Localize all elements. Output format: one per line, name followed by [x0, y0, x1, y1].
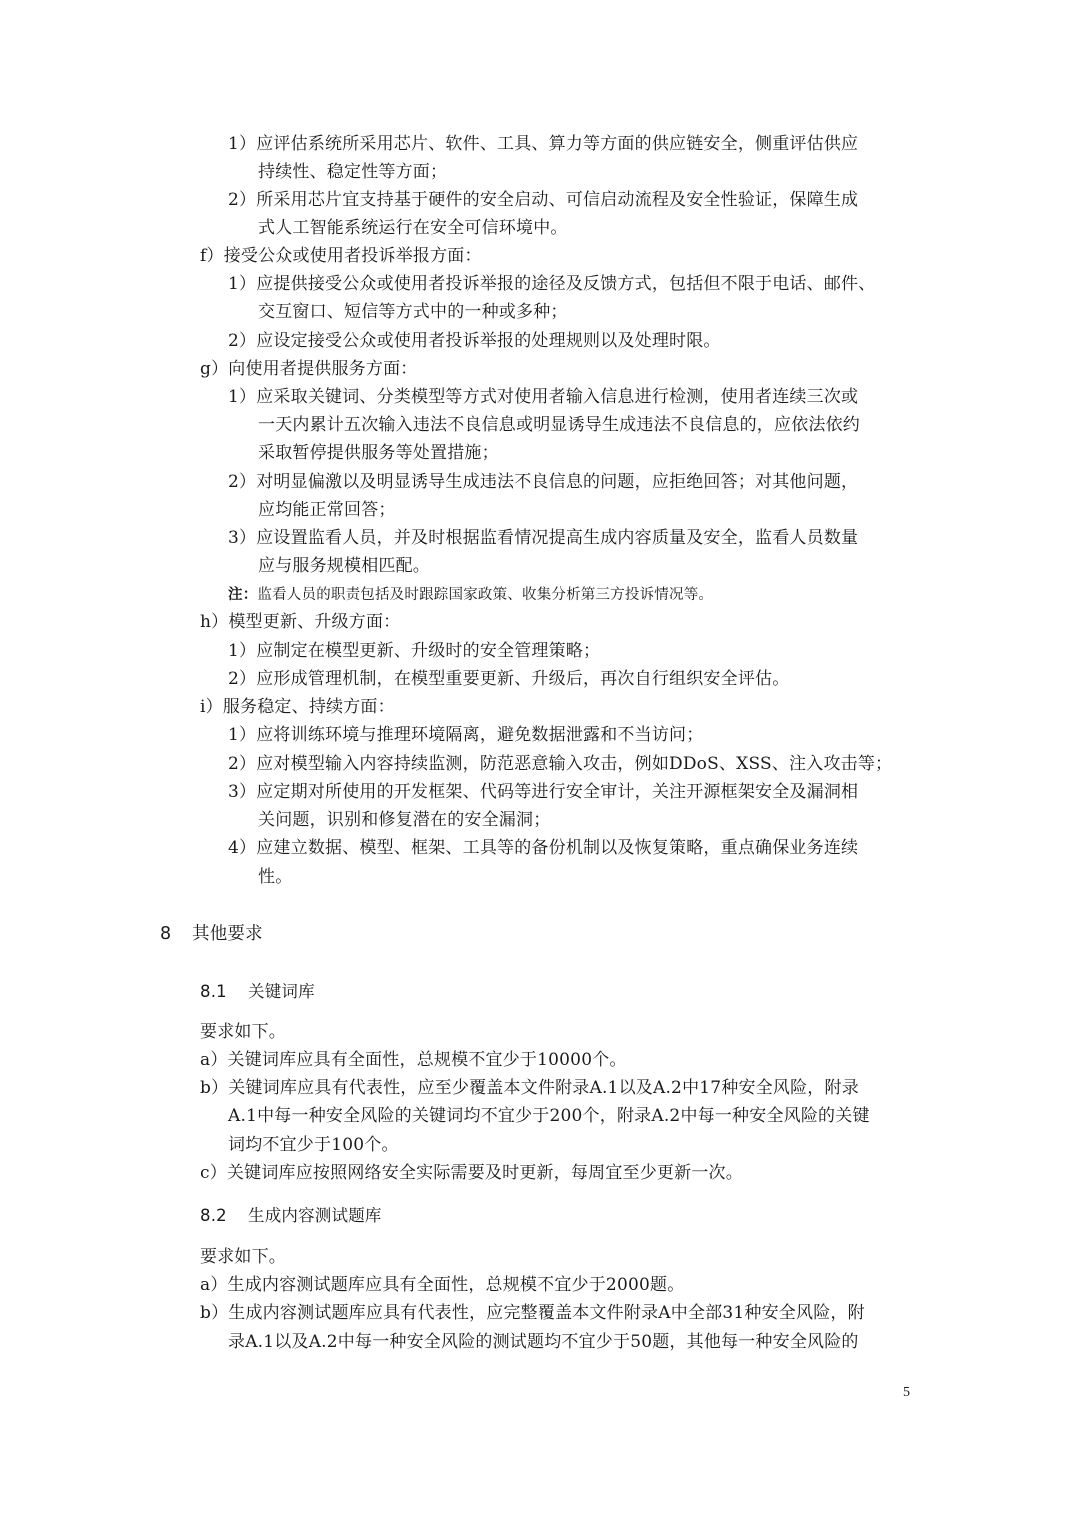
section-title: 关键词库: [248, 982, 315, 1001]
list-item-i: i）服务稳定、持续方面：: [200, 693, 395, 721]
list-item-f1: 1）应提供接受公众或使用者投诉举报的途径及反馈方式，包括但不限于电话、邮件、: [228, 270, 875, 298]
document-page: 1）应评估系统所采用芯片、软件、工具、算力等方面的供应链安全，侧重评估供应 持续…: [0, 0, 1074, 1520]
list-item-g2: 2）对明显偏激以及明显诱导生成违法不良信息的问题，应拒绝回答；对其他问题，: [228, 468, 858, 496]
note-label: 注：: [228, 586, 257, 603]
page-number: 5: [903, 1385, 910, 1401]
list-item-f2: 2）应设定接受公众或使用者投诉举报的处理规则以及处理时限。: [228, 327, 721, 355]
list-item-g1: 1）应采取关键词、分类模型等方式对使用者输入信息进行检测，使用者连续三次或: [228, 383, 858, 411]
list-item-8-1-b: b）关键词库应具有代表性，应至少覆盖本文件附录A.1以及A.2中17种安全风险，…: [200, 1074, 859, 1102]
section-title: 其他要求: [192, 924, 263, 944]
section-heading-8: 8其他要求: [160, 920, 263, 948]
paragraph-intro: 要求如下。: [200, 1018, 286, 1046]
section-heading-8-1: 8.1关键词库: [200, 978, 315, 1006]
section-number: 8: [160, 920, 192, 948]
list-item-8-2-a: a）生成内容测试题库应具有全面性，总规模不宜少于2000题。: [200, 1271, 684, 1299]
section-title: 生成内容测试题库: [248, 1206, 382, 1225]
section-number: 8.2: [200, 1202, 248, 1230]
list-item-e1-cont: 持续性、稳定性等方面；: [258, 158, 447, 186]
list-item-g1-cont: 一天内累计五次输入违法不良信息或明显诱导生成违法不良信息的，应依法依约: [258, 411, 860, 439]
note: 注：监看人员的职责包括及时跟踪国家政策、收集分析第三方投诉情况等。: [228, 581, 713, 609]
list-item-8-1-b-cont: A.1中每一种安全风险的关键词均不宜少于200个，附录A.2中每一种安全风险的关…: [228, 1102, 870, 1130]
list-item-8-1-b-cont2: 词均不宜少于100个。: [228, 1131, 399, 1159]
list-item-h1: 1）应制定在模型更新、升级时的安全管理策略；: [228, 637, 600, 665]
list-item-8-1-a: a）关键词库应具有全面性，总规模不宜少于10000个。: [200, 1046, 627, 1074]
list-item-h: h）模型更新、升级方面：: [200, 608, 400, 636]
list-item-f1-cont: 交互窗口、短信等方式中的一种或多种；: [258, 298, 568, 326]
list-item-i3-cont: 关问题，识别和修复潜在的安全漏洞；: [258, 806, 550, 834]
list-item-e1: 1）应评估系统所采用芯片、软件、工具、算力等方面的供应链安全，侧重评估供应: [228, 130, 858, 158]
list-item-e2-cont: 式人工智能系统运行在安全可信环境中。: [258, 214, 568, 242]
list-item-i3: 3）应定期对所使用的开发框架、代码等进行安全审计，关注开源框架安全及漏洞相: [228, 778, 858, 806]
list-item-g: g）向使用者提供服务方面：: [200, 355, 417, 383]
section-heading-8-2: 8.2生成内容测试题库: [200, 1202, 382, 1230]
list-item-e2: 2）所采用芯片宜支持基于硬件的安全启动、可信启动流程及安全性验证，保障生成: [228, 186, 858, 214]
list-item-8-1-c: c）关键词库应按照网络安全实际需要及时更新，每周宜至少更新一次。: [200, 1159, 743, 1187]
list-item-i4-cont: 性。: [258, 863, 292, 891]
list-item-g3: 3）应设置监看人员，并及时根据监看情况提高生成内容质量及安全，监看人员数量: [228, 524, 858, 552]
list-item-8-2-b-cont: 录A.1以及A.2中每一种安全风险的测试题均不宜少于50题，其他每一种安全风险的: [228, 1328, 859, 1356]
list-item-i4: 4）应建立数据、模型、框架、工具等的备份机制以及恢复策略，重点确保业务连续: [228, 834, 858, 862]
list-item-8-2-b: b）生成内容测试题库应具有代表性，应完整覆盖本文件附录A中全部31种安全风险，附: [200, 1299, 865, 1327]
section-number: 8.1: [200, 978, 248, 1006]
paragraph-intro: 要求如下。: [200, 1243, 286, 1271]
list-item-g1-cont2: 采取暂停提供服务等处置措施；: [258, 439, 499, 467]
list-item-h2: 2）应形成管理机制，在模型重要更新、升级后，再次自行组织安全评估。: [228, 665, 789, 693]
note-text: 监看人员的职责包括及时跟踪国家政策、收集分析第三方投诉情况等。: [257, 587, 713, 603]
list-item-f: f）接受公众或使用者投诉举报方面：: [200, 242, 482, 270]
list-item-g2-cont: 应均能正常回答；: [258, 496, 396, 524]
list-item-i1: 1）应将训练环境与推理环境隔离，避免数据泄露和不当访问；: [228, 721, 703, 749]
list-item-i2: 2）应对模型输入内容持续监测，防范恶意输入攻击，例如DDoS、XSS、注入攻击等…: [228, 750, 892, 778]
list-item-g3-cont: 应与服务规模相匹配。: [258, 552, 430, 580]
